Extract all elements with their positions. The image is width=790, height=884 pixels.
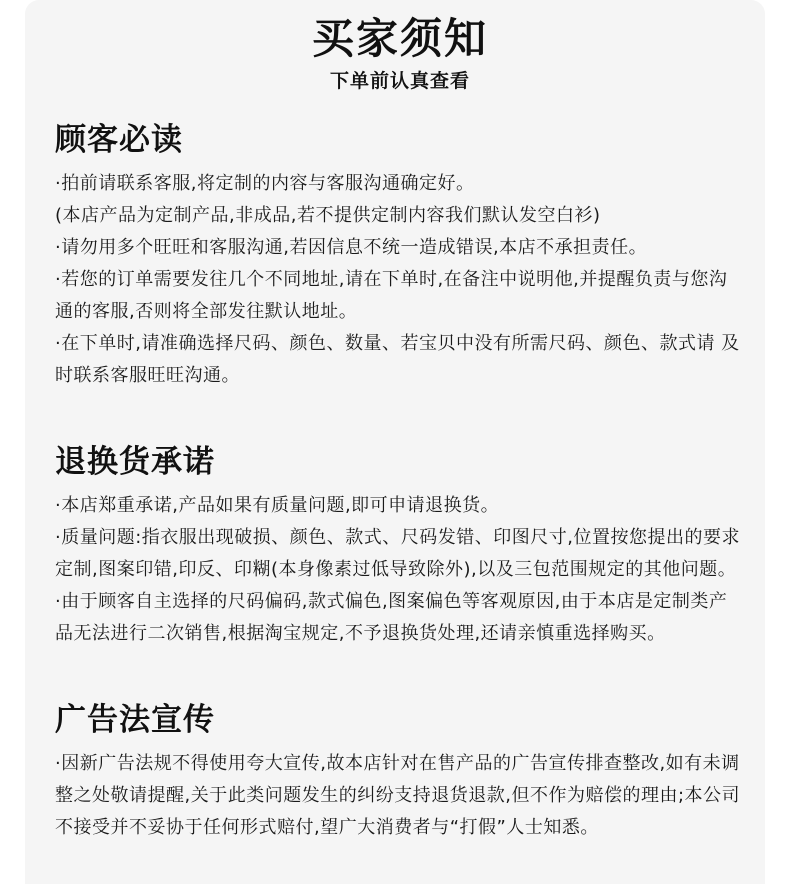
page-title: 买家须知 <box>55 16 745 62</box>
notice-line: ·在下单时,请准确选择尺码、颜色、数量、若宝贝中没有所需尺码、颜色、款式请 及时… <box>55 328 745 392</box>
section-body: ·本店郑重承诺,产品如果有质量问题,即可申请退换货。 ·质量问题:指衣服出现破损… <box>55 490 745 650</box>
section-body: ·拍前请联系客服,将定制的内容与客服沟通确定好。 (本店产品为定制产品,非成品,… <box>55 168 745 392</box>
notice-line: ·拍前请联系客服,将定制的内容与客服沟通确定好。 <box>55 168 745 200</box>
notice-line: ·因新广告法规不得使用夸大宣传,故本店针对在售产品的广告宣传排查整改,如有未调整… <box>55 748 745 844</box>
notice-line: ·若您的订单需要发往几个不同地址,请在下单时,在备注中说明他,并提醒负责与您沟通… <box>55 264 745 328</box>
section-heading: 退换货承诺 <box>55 444 745 480</box>
section-customer-must-read: 顾客必读 ·拍前请联系客服,将定制的内容与客服沟通确定好。 (本店产品为定制产品… <box>55 122 745 392</box>
section-heading: 广告法宣传 <box>55 702 745 738</box>
notice-line: ·请勿用多个旺旺和客服沟通,若因信息不统一造成错误,本店不承担责任。 <box>55 232 745 264</box>
section-advertising-law: 广告法宣传 ·因新广告法规不得使用夸大宣传,故本店针对在售产品的广告宣传排查整改… <box>55 702 745 844</box>
notice-line: ·由于顾客自主选择的尺码偏码,款式偏色,图案偏色等客观原因,由于本店是定制类产品… <box>55 586 745 650</box>
section-return-policy: 退换货承诺 ·本店郑重承诺,产品如果有质量问题,即可申请退换货。 ·质量问题:指… <box>55 444 745 650</box>
notice-line: (本店产品为定制产品,非成品,若不提供定制内容我们默认发空白衫) <box>55 200 745 232</box>
buyer-notice-card: 买家须知 下单前认真查看 顾客必读 ·拍前请联系客服,将定制的内容与客服沟通确定… <box>25 0 765 884</box>
notice-line: ·本店郑重承诺,产品如果有质量问题,即可申请退换货。 <box>55 490 745 522</box>
page-subtitle: 下单前认真查看 <box>55 70 745 92</box>
page-header: 买家须知 下单前认真查看 <box>55 16 745 92</box>
section-heading: 顾客必读 <box>55 122 745 158</box>
notice-line: ·质量问题:指衣服出现破损、颜色、款式、尺码发错、印图尺寸,位置按您提出的要求定… <box>55 522 745 586</box>
section-body: ·因新广告法规不得使用夸大宣传,故本店针对在售产品的广告宣传排查整改,如有未调整… <box>55 748 745 844</box>
